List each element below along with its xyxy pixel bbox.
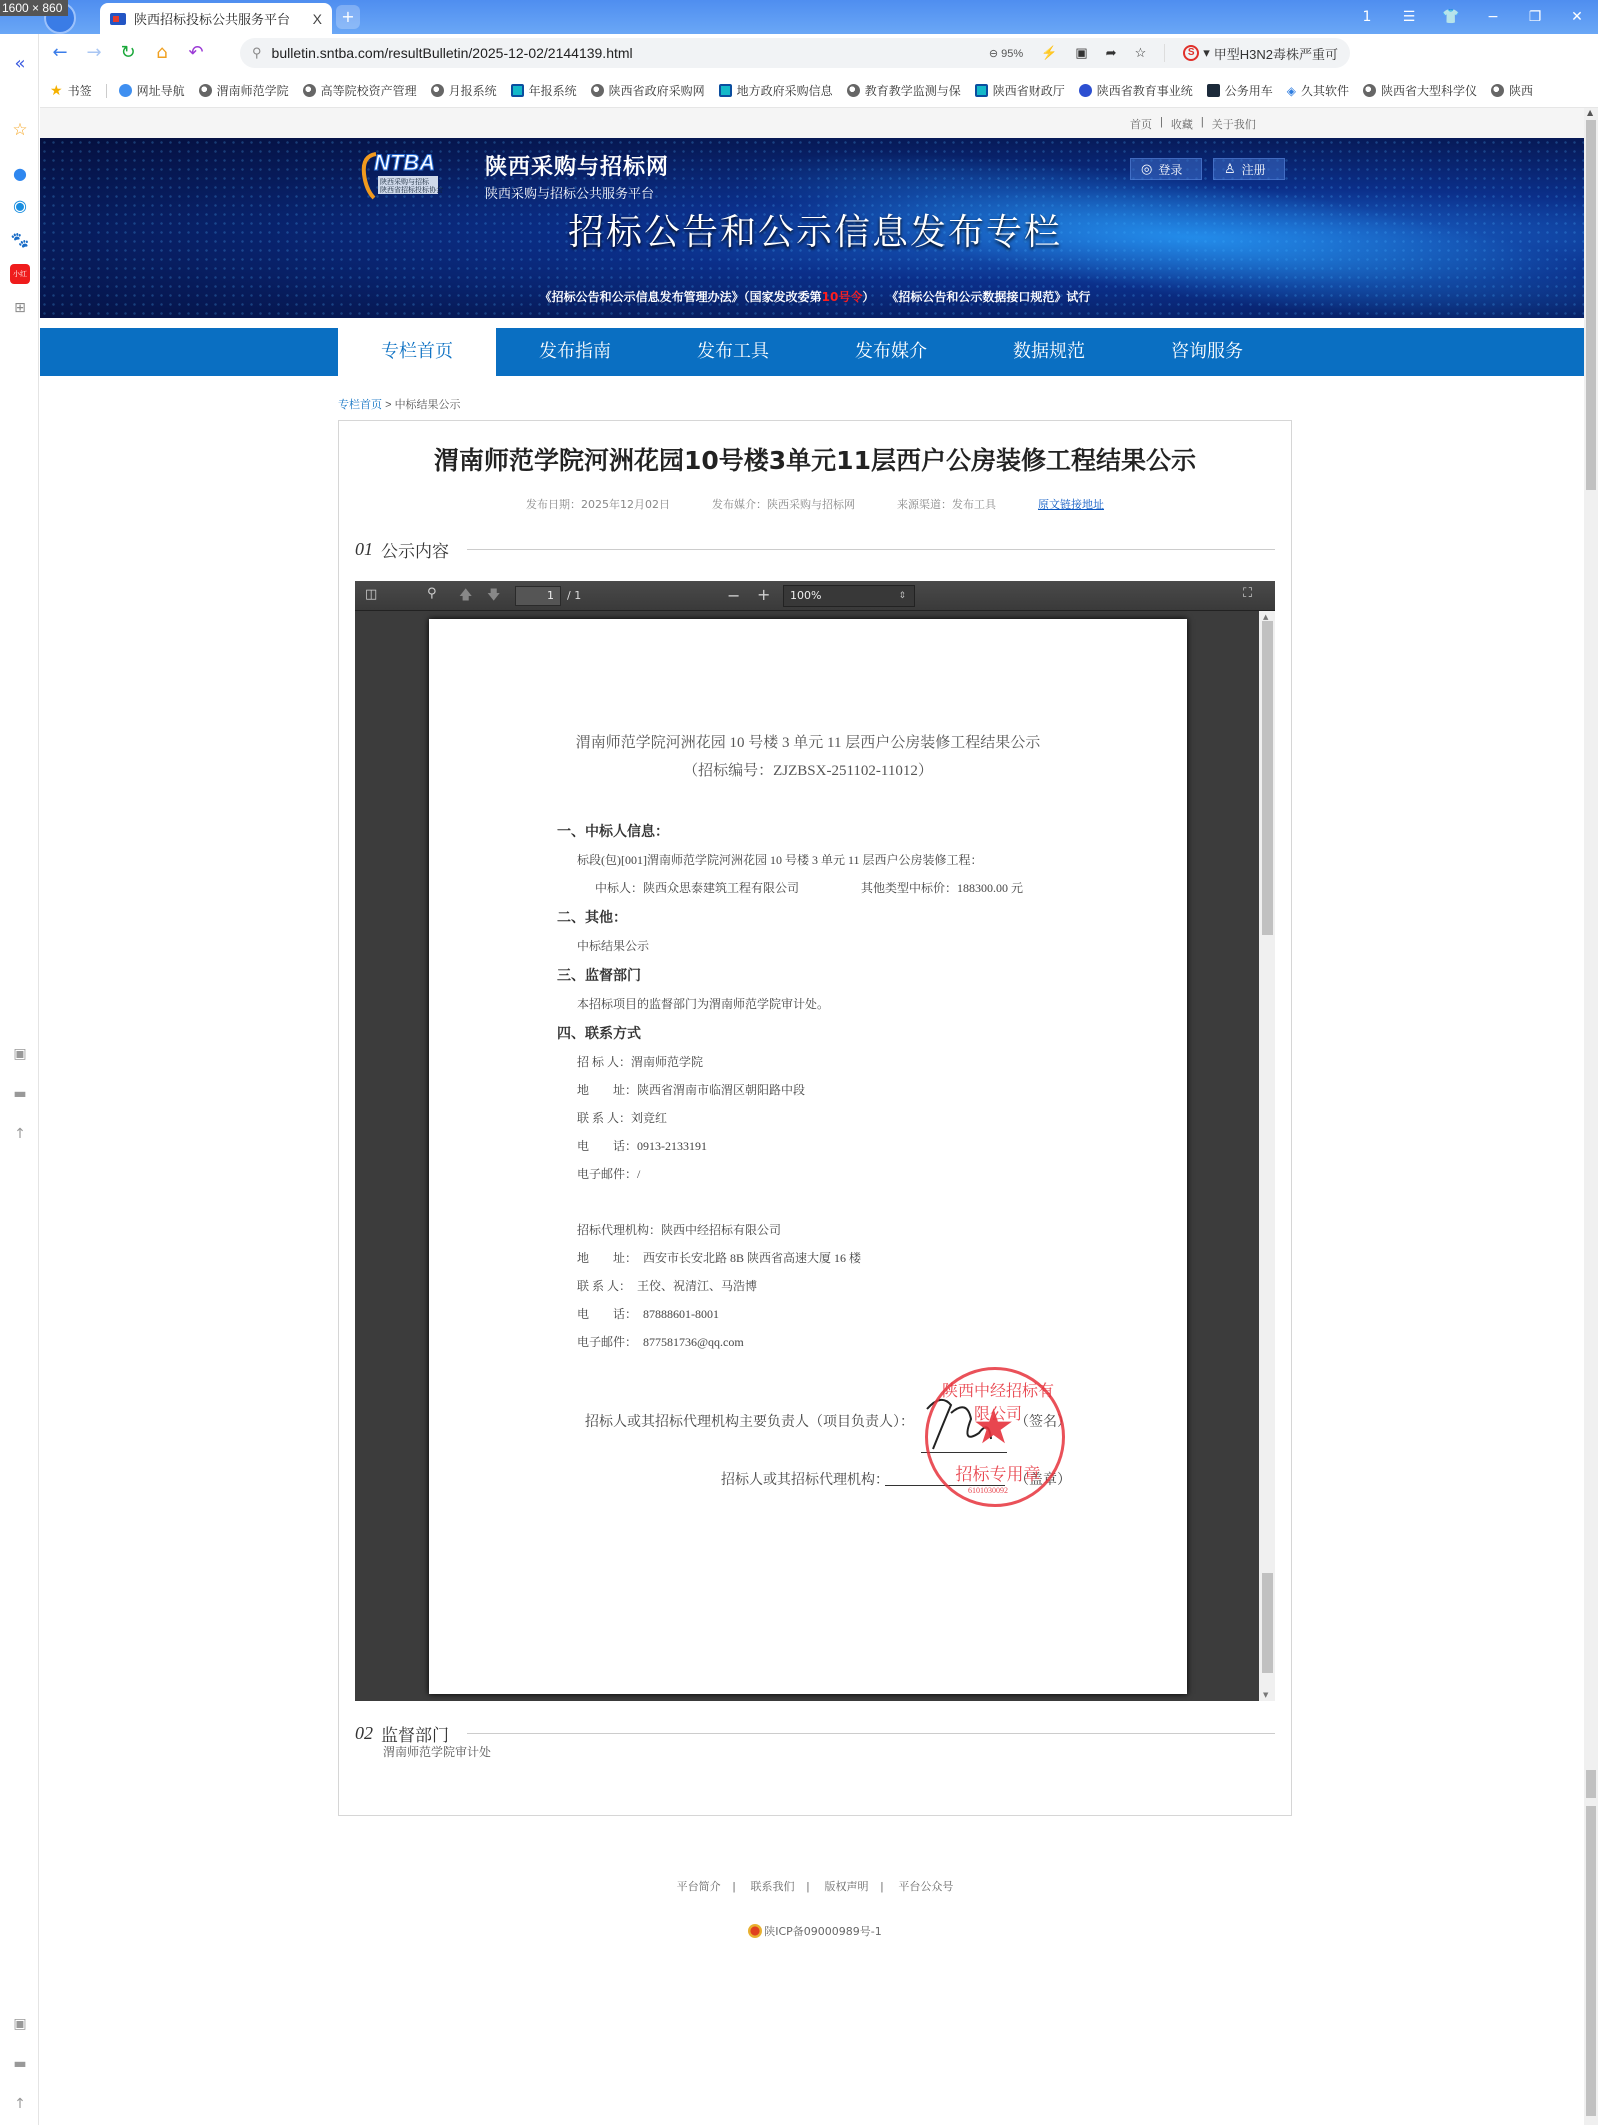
bookmark-item[interactable]: 高等院校资产管理 [303, 82, 417, 99]
doc-seal-line: 招标人或其招标代理机构： [721, 1469, 889, 1489]
doc-supervise: 本招标项目的监督部门为渭南师范学院审计处。 [577, 995, 829, 1012]
site-banner: NTBA 陕西采购与招标 陕西省招标投标协会 陕西采购与招标网 陕西采购与招标公… [40, 138, 1590, 318]
doc-heading-1: 一、中标人信息： [557, 821, 669, 841]
divider: | [807, 1881, 810, 1893]
doc-tenderer-line: 电子邮件：/ [577, 1165, 640, 1182]
p-app-icon [719, 84, 732, 97]
diamond-icon: ◈ [1287, 84, 1296, 98]
bookmark-item[interactable]: 陕西 [1491, 82, 1533, 99]
undo-close-icon[interactable]: ↶ [182, 39, 210, 67]
page-number-input[interactable]: 1 [515, 586, 561, 606]
divider [467, 549, 1275, 550]
colorful-ring-icon[interactable]: ◉ [10, 196, 30, 216]
window-controls: 1 ☰ 👕 − ❐ ✕ [1346, 0, 1598, 34]
pdf-toolbar: ◫ ⚲ 🡅 🡇 1 / 1 − + 100%⇕ ⛶ [355, 581, 1275, 611]
login-button[interactable]: ◎登录 [1130, 158, 1202, 180]
resolution-overlay: 1600 × 860 [0, 0, 68, 16]
banner-subtitle: 《招标公告和公示信息发布管理办法》（国家发改委第10号令） 《招标公告和公示数据… [40, 288, 1590, 305]
browser-tab-active[interactable]: 陕西招标投标公共服务平台 X [100, 3, 332, 34]
briefcase-icon[interactable]: ▬ [10, 2054, 30, 2074]
doc-other: 中标结果公示 [577, 937, 649, 954]
footer-links: 平台简介| 联系我们| 版权声明| 平台公众号 [40, 1878, 1590, 1894]
scroll-down-icon[interactable]: ▼ [1263, 1691, 1268, 1699]
bookmark-item[interactable]: 年报系统 [511, 82, 577, 99]
badge-icon [1079, 84, 1092, 97]
folder-icon[interactable]: ▣ [10, 2014, 30, 2034]
divider [467, 1733, 1275, 1734]
url-text[interactable]: bulletin.sntba.com/resultBulletin/2025-1… [272, 45, 633, 61]
star-icon: ★ [50, 82, 63, 99]
nav-publish-guide[interactable]: 发布指南 [496, 328, 654, 376]
globe-icon [591, 84, 604, 97]
pdf-scroll-thumb-lower[interactable] [1262, 1573, 1273, 1673]
speed-icon[interactable]: ⚡ [1041, 45, 1057, 61]
home-icon[interactable]: ⌂ [148, 39, 176, 67]
site-name: 陕西采购与招标网 [485, 150, 669, 181]
doc-tenderer-line: 电 话：0913-2133191 [577, 1137, 707, 1154]
sidebar-toggle-icon[interactable]: ◫ [365, 587, 377, 602]
doc-heading-2: 二、其他： [557, 907, 627, 927]
pdf-viewer: ◫ ⚲ 🡅 🡇 1 / 1 − + 100%⇕ ⛶ ▲ ▼ 渭南师范学院河洲花园… [355, 581, 1275, 1701]
add-panel-icon[interactable]: ⊞ [10, 298, 30, 318]
page-scrollbar[interactable]: ▲ [1584, 108, 1598, 2125]
register-button[interactable]: ♙注册 [1213, 158, 1285, 180]
zoom-out-icon[interactable]: − [727, 586, 740, 605]
pin-icon[interactable]: ↑ [10, 2094, 30, 2114]
folder-icon[interactable]: ▣ [10, 1044, 30, 1064]
pin-icon[interactable]: ↑ [10, 1124, 30, 1144]
divider: | [880, 1881, 883, 1893]
article-card: 渭南师范学院河洲花园10号楼3单元11层西户公房装修工程结果公示 发布日期：20… [338, 420, 1292, 1816]
doc-agency-line: 地 址： 西安市长安北路 8B 陕西省高速大厦 16 楼 [577, 1249, 861, 1266]
footer-link-contact[interactable]: 联系我们 [751, 1881, 795, 1893]
scroll-up-icon[interactable]: ▲ [1587, 108, 1593, 117]
tab-title: 陕西招标投标公共服务平台 [134, 9, 290, 28]
user-circle-icon: ◎ [1141, 162, 1152, 177]
doc-sign-line: 招标人或其招标代理机构主要负责人（项目负责人）： [585, 1411, 914, 1431]
publish-date: 发布日期：2025年12月02日 [526, 496, 670, 512]
collapse-sidebar-icon[interactable]: « [10, 54, 30, 74]
doc-title: 渭南师范学院河洲花园 10 号楼 3 单元 11 层西户公房装修工程结果公示 [429, 731, 1187, 752]
bookmark-item[interactable]: 陕西省政府采购网 [591, 82, 705, 99]
scroll-up-icon[interactable]: ▲ [1263, 613, 1268, 621]
breadcrumb: 专栏首页 > 中标结果公示 [338, 396, 461, 412]
nav-consulting[interactable]: 咨询服务 [1128, 328, 1286, 376]
original-link[interactable]: 原文链接地址 [1038, 496, 1104, 512]
browser-titlebar: 陕西招标投标公共服务平台 X + 1 ☰ 👕 − ❐ ✕ [0, 0, 1598, 34]
pdf-scrollbar[interactable]: ▲ ▼ [1259, 611, 1275, 1701]
zoom-indicator[interactable]: ⊖ 95% [989, 47, 1023, 60]
footer-link-copyright[interactable]: 版权声明 [824, 1881, 868, 1893]
doc-lot: 标段(包)[001]渭南师范学院河洲花园 10 号楼 3 单元 11 层西户公房… [577, 851, 983, 868]
divider: | [1201, 116, 1204, 132]
doc-code: （招标编号：ZJZBSX-251102-11012） [429, 759, 1187, 780]
bookmark-item[interactable]: ◈久其软件 [1287, 82, 1349, 99]
top-links-bar: 首页| 收藏| 关于我们 [40, 108, 1590, 138]
briefcase-icon[interactable]: ▬ [10, 1084, 30, 1104]
banner-title: 招标公告和公示信息发布专栏 [40, 204, 1590, 255]
top-link-home[interactable]: 首页 [1130, 116, 1152, 132]
sogou-icon: S [1183, 45, 1199, 61]
sogou-icon [119, 84, 132, 97]
sntba-logo-icon: NTBA 陕西采购与招标 陕西省招标投标协会 [358, 146, 476, 202]
top-link-about[interactable]: 关于我们 [1212, 116, 1256, 132]
breadcrumb-sep: > [385, 399, 391, 411]
pdf-search-icon[interactable]: ⚲ [427, 586, 437, 601]
nav-publish-tools[interactable]: 发布工具 [654, 328, 812, 376]
article-meta: 发布日期：2025年12月02日 发布媒介：陕西采购与招标网 来源渠道：发布工具… [339, 496, 1291, 512]
globe-icon [1491, 84, 1504, 97]
page-scroll-thumb-lower[interactable] [1586, 1770, 1596, 1798]
page-scroll-thumb-bottom[interactable] [1586, 1806, 1596, 2116]
new-tab-button[interactable]: + [336, 5, 360, 29]
doc-agency-line: 电 话： 87888601-8001 [577, 1305, 719, 1322]
tab-close-icon[interactable]: X [313, 11, 322, 27]
car-icon [1207, 84, 1220, 97]
fullscreen-icon[interactable]: ⛶ [1243, 586, 1252, 601]
section-header-content: 01 公示内容 [355, 537, 1275, 562]
restore-button[interactable]: ❐ [1514, 9, 1556, 25]
globe-icon [847, 84, 860, 97]
icp-record[interactable]: 陕ICP备09000989号-1 [40, 1923, 1590, 1939]
footer-link-intro[interactable]: 平台简介 [677, 1881, 721, 1893]
favorites-star-icon[interactable]: ☆ [10, 120, 30, 140]
official-seal: 陕西中经招标有限公司 ★ 招标专用章 6101030092 [925, 1367, 1065, 1507]
globe-icon [199, 84, 212, 97]
bookmarks-menu[interactable]: ★书签 [50, 82, 92, 99]
close-window-button[interactable]: ✕ [1556, 9, 1598, 25]
bookmark-item[interactable]: 地方政府采购信息 [719, 82, 833, 99]
doc-price: 其他类型中标价：188300.00 元 [861, 879, 1023, 896]
divider [106, 84, 107, 98]
red-app-icon[interactable]: 小红书 [10, 264, 30, 284]
address-bar[interactable]: ⚲ bulletin.sntba.com/resultBulletin/2025… [240, 38, 1350, 68]
bookmark-item[interactable]: 渭南师范学院 [199, 82, 289, 99]
breadcrumb-home[interactable]: 专栏首页 [338, 399, 382, 411]
svg-text:陕西采购与招标: 陕西采购与招标 [380, 177, 430, 186]
supervisor-text: 渭南师范学院审计处 [383, 1743, 491, 1760]
select-arrows-icon: ⇕ [898, 586, 906, 606]
doc-heading-3: 三、监督部门 [557, 965, 641, 985]
globe-icon [431, 84, 444, 97]
site-favicon-icon [110, 13, 126, 25]
bookmark-item[interactable]: 陕西省财政厅 [975, 82, 1065, 99]
site-logo-text[interactable]: 陕西采购与招标网 陕西采购与招标公共服务平台 [485, 150, 669, 202]
browser-sidebar: « ☆ ● ◉ 🐾 小红书 ⊞ ▣ ▬ ↑ ▣ ▬ ↑ [0, 34, 39, 2125]
bookmark-item[interactable]: 陕西省大型科学仪 [1363, 82, 1477, 99]
nav-column-home[interactable]: 专栏首页 [338, 328, 496, 376]
menu-icon[interactable]: ☰ [1388, 9, 1430, 25]
pdf-scroll-thumb[interactable] [1262, 621, 1273, 935]
page-scroll-thumb[interactable] [1586, 120, 1596, 490]
globe-icon [303, 84, 316, 97]
top-link-favorite[interactable]: 收藏 [1171, 116, 1193, 132]
main-navigation: 专栏首页 发布指南 发布工具 发布媒介 数据规范 咨询服务 [40, 328, 1590, 376]
doc-agency-line: 电子邮件： 877581736@qq.com [577, 1333, 744, 1350]
bookmark-star-icon[interactable]: ☆ [1135, 45, 1147, 61]
doc-agency-line: 联 系 人： 王佼、祝清江、马浩博 [577, 1277, 757, 1294]
doc-tenderer-line: 招 标 人：渭南师范学院 [577, 1053, 703, 1070]
page-total: / 1 [567, 589, 581, 602]
pdf-page: 渭南师范学院河洲花园 10 号楼 3 单元 11 层西户公房装修工程结果公示 （… [429, 619, 1187, 1694]
doc-heading-4: 四、联系方式 [557, 1023, 641, 1043]
site-subtitle: 陕西采购与招标公共服务平台 [485, 183, 669, 202]
police-emblem-icon [748, 1924, 762, 1938]
back-icon[interactable]: ← [46, 39, 74, 67]
search-engine-box[interactable]: S▾ 甲型H3N2毒株严重可 [1183, 44, 1338, 63]
doc-tenderer-line: 联 系 人：刘竞红 [577, 1109, 667, 1126]
share-icon[interactable]: ➦ [1106, 45, 1117, 61]
divider [1164, 44, 1165, 62]
publish-media: 发布媒介：陕西采购与招标网 [712, 496, 855, 512]
prev-page-icon[interactable]: 🡅 [459, 586, 472, 608]
zoom-select[interactable]: 100%⇕ [783, 585, 915, 607]
doc-agency-line: 招标代理机构：陕西中经招标有限公司 [577, 1221, 781, 1238]
nav-data-standards[interactable]: 数据规范 [970, 328, 1128, 376]
baidu-paw-icon[interactable]: 🐾 [10, 230, 30, 250]
bookmark-item[interactable]: 月报系统 [431, 82, 497, 99]
bookmark-item[interactable]: 陕西省教育事业统 [1079, 82, 1193, 99]
user-icon: ♙ [1224, 162, 1236, 177]
reload-icon[interactable]: ↻ [114, 39, 142, 67]
sogou-icon[interactable]: ● [10, 164, 30, 184]
source-channel: 来源渠道：发布工具 [897, 496, 996, 512]
divider: | [1160, 116, 1163, 132]
doc-winner: 中标人：陕西众思泰建筑工程有限公司 [595, 879, 799, 896]
svg-text:陕西省招标投标协会: 陕西省招标投标协会 [380, 185, 443, 194]
divider: | [733, 1881, 736, 1893]
forward-icon[interactable]: → [80, 39, 108, 67]
extension-face-icon[interactable]: ▣ [1075, 45, 1087, 61]
web-page: 首页| 收藏| 关于我们 NTBA 陕西采购与招标 陕西省招标投标协会 陕西采购… [40, 108, 1590, 2125]
zoom-in-icon[interactable]: + [757, 585, 770, 604]
skin-icon[interactable]: 👕 [1430, 9, 1472, 25]
globe-icon [1363, 84, 1376, 97]
p-app-icon [511, 84, 524, 97]
nav-publish-media[interactable]: 发布媒介 [812, 328, 970, 376]
search-icon: ⚲ [252, 45, 262, 61]
svg-text:NTBA: NTBA [374, 150, 435, 175]
seal-star-icon: ★ [972, 1404, 1015, 1452]
breadcrumb-current: 中标结果公示 [395, 399, 461, 411]
footer-link-wechat[interactable]: 平台公众号 [898, 1881, 953, 1893]
browser-toolbar: ← → ↻ ⌂ ↶ ⚲ bulletin.sntba.com/resultBul… [40, 34, 1598, 72]
bookmark-item[interactable]: 公务用车 [1207, 82, 1273, 99]
next-page-icon[interactable]: 🡇 [487, 586, 500, 608]
bookmark-item[interactable]: 教育教学监测与保 [847, 82, 961, 99]
bookmark-item[interactable]: 网址导航 [119, 82, 185, 99]
minimize-button[interactable]: − [1472, 9, 1514, 25]
article-title: 渭南师范学院河洲花园10号楼3单元11层西户公房装修工程结果公示 [339, 441, 1291, 477]
doc-tenderer-line: 地 址：陕西省渭南市临渭区朝阳路中段 [577, 1081, 805, 1098]
section-header-supervisor: 02 监督部门 [355, 1721, 1275, 1746]
tab-counter-button[interactable]: 1 [1346, 9, 1388, 25]
bookmarks-bar: ★书签 网址导航 渭南师范学院 高等院校资产管理 月报系统 年报系统 陕西省政府… [40, 74, 1598, 108]
p-app-icon [975, 84, 988, 97]
